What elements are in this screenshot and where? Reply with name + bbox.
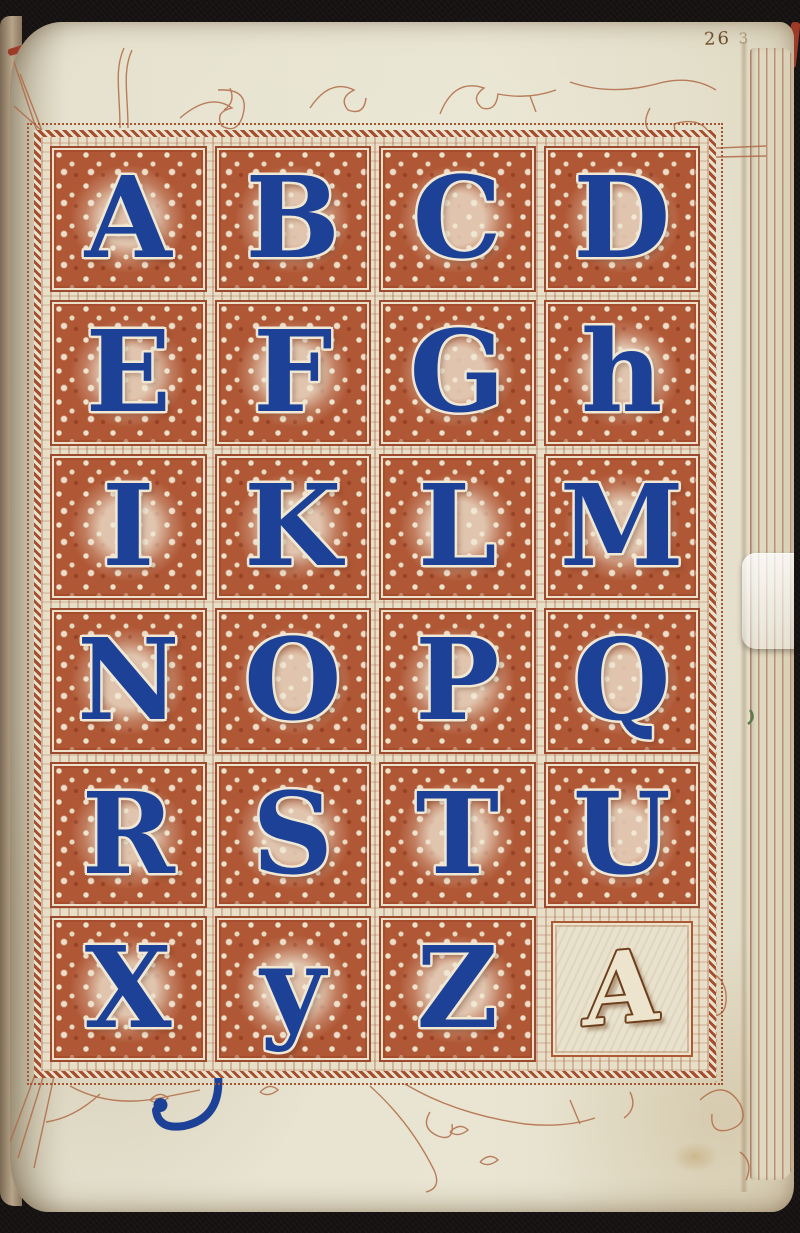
folio-number-faint: 3: [738, 29, 750, 47]
illuminated-letter: h: [581, 323, 662, 424]
illuminated-letter: Z: [416, 939, 498, 1040]
illuminated-letter: F: [253, 323, 333, 424]
alphabet-cell: h: [544, 300, 701, 446]
foxing-stain: [672, 1142, 718, 1172]
alphabet-cell: X: [50, 916, 207, 1062]
alphabet-cell: C: [379, 146, 536, 292]
illuminated-letter: S: [252, 785, 333, 886]
photographed-manuscript: 26 3 A B C D E F G h I K L M N O P Q: [0, 0, 800, 1233]
illuminated-letter: U: [573, 785, 671, 886]
alphabet-cell: B: [215, 146, 372, 292]
penwork-letter: A: [582, 941, 661, 1036]
alphabet-cell: L: [379, 454, 536, 600]
illuminated-letter: X: [85, 939, 172, 1040]
illuminated-letter: L: [418, 477, 497, 578]
illuminated-letter: T: [416, 785, 499, 886]
alphabet-cell: T: [379, 762, 536, 908]
illuminated-letter: M: [560, 477, 684, 578]
alphabet-cell: K: [215, 454, 372, 600]
illuminated-letter: Q: [573, 631, 671, 732]
alphabet-cell: E: [50, 300, 207, 446]
alphabet-cell: S: [215, 762, 372, 908]
alphabet-cell: Z: [379, 916, 536, 1062]
alphabet-cell: P: [379, 608, 536, 754]
illuminated-letter: O: [244, 631, 342, 732]
alphabet-cell: R: [50, 762, 207, 908]
manuscript-page: 26 3 A B C D E F G h I K L M N O P Q: [10, 22, 794, 1212]
illuminated-letter: B: [245, 169, 340, 270]
alphabet-cell: A: [50, 146, 207, 292]
illuminated-letter: C: [413, 169, 502, 270]
illuminated-letter: R: [82, 785, 175, 886]
alphabet-cell: D: [544, 146, 701, 292]
alphabet-cell: M: [544, 454, 701, 600]
alphabet-cell: Q: [544, 608, 701, 754]
illuminated-letter: K: [244, 477, 341, 578]
illuminated-letter: y: [260, 939, 325, 1040]
illuminated-letter: N: [77, 631, 179, 732]
illuminated-letter: P: [415, 631, 499, 732]
alphabet-cell: I: [50, 454, 207, 600]
alphabet-cell: U: [544, 762, 701, 908]
folio-number-primary: 26: [703, 28, 731, 50]
illuminated-letter: D: [573, 169, 670, 270]
alphabet-cell: F: [215, 300, 372, 446]
alphabet-cell: O: [215, 608, 372, 754]
folio-number: 26 3: [703, 27, 750, 50]
illuminated-letter: A: [85, 169, 172, 270]
alphabet-cell: G: [379, 300, 536, 446]
alphabet-cell: y: [215, 916, 372, 1062]
page-marker-tab: [742, 553, 794, 649]
illuminated-letter: I: [102, 477, 154, 578]
illuminated-letter: G: [409, 323, 505, 424]
alphabet-cell: N: [50, 608, 207, 754]
penwork-letter-cell: A: [551, 921, 694, 1057]
illuminated-letter: E: [86, 323, 171, 424]
alphabet-grid: A B C D E F G h I K L M N O P Q R S T U …: [34, 130, 716, 1078]
